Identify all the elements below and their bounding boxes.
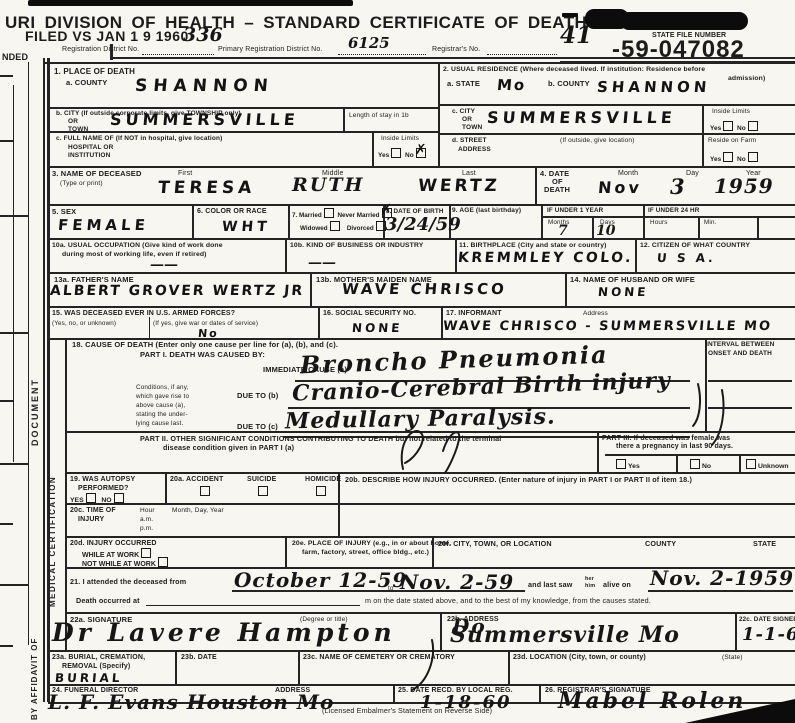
margin-dash <box>0 584 28 586</box>
color-race-value: WHT <box>221 220 271 234</box>
death-day-value: 3 <box>670 176 685 197</box>
attended-rule <box>232 590 525 592</box>
margin-line-inner <box>13 85 14 462</box>
fathers-name-value: ALBERT GROVER WERTZ JR <box>49 284 304 298</box>
citizen-value: U S A. <box>656 252 716 264</box>
no-checkbox <box>748 152 758 162</box>
describe-injury-label: 20b. DESCRIBE HOW INJURY OCCURRED. (Ente… <box>345 476 692 484</box>
marital-row-1: 7. Married Never Married <box>292 208 394 219</box>
injury-county-label: COUNTY <box>645 540 676 548</box>
margin-line-outer <box>28 62 29 645</box>
attended-to-value: Nov. 2-59 <box>400 572 514 592</box>
time-of-injury-label-2: INJURY <box>78 516 104 524</box>
location-label: 23d. LOCATION (City, town, or county) <box>513 654 646 662</box>
street-address-label-1: d. STREET <box>452 137 487 144</box>
inside-limits-1c-options: Yes No <box>378 148 428 159</box>
pregnancy-no-checkbox <box>690 459 700 469</box>
grid-line <box>597 431 599 472</box>
pm-label: p.m. <box>140 525 153 532</box>
suicide-label: SUICIDE <box>247 476 276 484</box>
header-tick <box>110 44 113 60</box>
cause-of-death-title: 18. CAUSE OF DEATH (Enter only one cause… <box>72 341 338 350</box>
first-name-label: First <box>178 170 192 178</box>
residence-city-or: OR <box>462 116 472 123</box>
color-race-label: 6. COLOR OR RACE <box>197 208 267 216</box>
yes-label: Yes <box>628 463 640 470</box>
grid-line <box>165 472 167 503</box>
unknown-label: Unknown <box>758 463 789 470</box>
yes-checkbox <box>723 152 733 162</box>
yes-label: Yes <box>710 125 721 132</box>
location-state-label: (State) <box>722 654 743 661</box>
date-signed-value: 1-1-60 <box>742 626 795 644</box>
death-occurred-blank <box>146 605 360 606</box>
no-label: NO <box>101 497 111 504</box>
place-of-injury-label-2: farm, factory, street, office bldg., etc… <box>302 549 429 557</box>
grid-line <box>48 166 795 168</box>
reg-district-blank <box>142 54 214 55</box>
date-signed-label: 22c. DATE SIGNED <box>739 616 795 623</box>
conditions-note-2: which gave rise to <box>136 393 189 400</box>
alive-rule <box>648 590 793 592</box>
grid-line <box>438 133 795 135</box>
grid-line <box>455 238 457 272</box>
month-label: Month <box>618 170 638 178</box>
length-of-stay-label: Length of stay in 1b <box>349 112 409 119</box>
suicide-checkbox <box>258 486 268 496</box>
death-certificate-scan: URI DIVISION OF HEALTH – STANDARD CERTIF… <box>0 0 795 723</box>
her-label: her <box>585 576 594 582</box>
homicide-checkbox <box>316 486 326 496</box>
armed-forces-value: No <box>198 328 220 339</box>
burial-label-2: REMOVAL (Specify) <box>62 663 130 671</box>
place-of-injury-label-1: 20e. PLACE OF INJURY (e.g., in or about … <box>292 540 451 548</box>
form-left-border-outer <box>43 58 45 702</box>
margin-dash <box>0 140 13 142</box>
grid-line <box>702 104 704 166</box>
conditions-note-3: above cause (a), <box>136 402 185 409</box>
no-checkbox <box>748 121 758 131</box>
day-label: Day <box>686 170 699 178</box>
grid-line <box>48 204 795 206</box>
grid-line <box>676 454 678 472</box>
grid-line <box>438 62 440 166</box>
interval-label-2: ONSET AND DEATH <box>708 350 772 357</box>
min-label: Min. <box>704 219 717 226</box>
grid-line <box>65 536 795 538</box>
grid-line <box>565 272 567 306</box>
ssn-label: 16. SOCIAL SECURITY NO. <box>323 310 416 318</box>
margin-dash <box>0 400 13 402</box>
marital-row-2: Widowed Divorced <box>300 221 388 232</box>
grid-line <box>757 216 759 238</box>
margin-dash <box>0 463 28 465</box>
yes-label: Yes <box>710 156 721 163</box>
alive-on-value: Nov. 2-1959 <box>650 568 794 588</box>
alive-on-label: alive on <box>603 581 631 589</box>
grid-line <box>739 454 741 472</box>
signature-tail-stroke <box>408 638 438 693</box>
ssn-value: NONE <box>351 322 403 334</box>
reside-on-farm-options: Yes No <box>710 152 760 163</box>
autopsy-label-1: 19. WAS AUTOPSY <box>70 476 135 484</box>
yes-label: YES <box>70 497 84 504</box>
margin-dash <box>0 645 13 647</box>
age-months-value: 7 <box>558 224 568 238</box>
primary-district-label: Primary Registration District No. <box>218 46 323 54</box>
reg-district-label: Registration District No. <box>62 46 139 54</box>
grid-line <box>508 650 510 684</box>
grid-line <box>288 204 290 238</box>
middle-name-value: RUTH <box>292 176 364 195</box>
residence-county-value: SHANNON <box>596 80 711 95</box>
grid-line <box>48 131 438 133</box>
date-of-birth-value: 3/24/59 <box>385 216 461 234</box>
divorced-label: Divorced <box>347 225 374 232</box>
county-value-handwritten: SHANNON <box>134 78 274 95</box>
hour-label: Hour <box>140 507 155 514</box>
hospital-label-2: HOSPITAL OR <box>68 144 113 151</box>
grid-line <box>343 107 345 131</box>
yes-checkbox <box>391 148 401 158</box>
injury-city-label: 20f. CITY, TOWN, OR LOCATION <box>438 540 552 548</box>
month-day-year-label: Month, Day, Year <box>172 507 224 514</box>
never-married-label: Never Married <box>338 212 380 219</box>
injury-occurred-label: 20d. INJURY OCCURRED <box>70 540 157 548</box>
no-label: No <box>737 156 746 163</box>
place-of-death-title: 1. PLACE OF DEATH <box>54 67 135 76</box>
corner-black-triangle <box>685 699 795 723</box>
homicide-label: HOMICIDE <box>305 476 341 484</box>
injury-state-label: STATE <box>753 540 776 548</box>
age-label: 9. AGE (last birthday) <box>452 207 521 214</box>
margin-affidavit-label: BY AFFIDAVIT OF <box>30 602 39 720</box>
burial-label-1: 23a. BURIAL, CREMATION, <box>52 654 145 662</box>
reside-on-farm-label: Reside on Farm <box>708 137 756 144</box>
part3-unknown-option: Unknown <box>744 459 789 470</box>
no-label: No <box>405 152 414 159</box>
yes-label: Yes <box>378 152 389 159</box>
industry-label: 10b. KIND OF BUSINESS OR INDUSTRY <box>290 242 423 250</box>
grid-line <box>592 216 594 238</box>
grid-line <box>285 238 287 272</box>
accident-label: 20a. ACCIDENT <box>170 476 223 484</box>
death-month-value: Nov <box>597 180 642 196</box>
not-while-at-work-option: NOT WHILE AT WORK <box>82 557 170 568</box>
residence-county-label: b. COUNTY <box>548 80 590 89</box>
grid-line <box>48 238 795 240</box>
part1-label: PART I. DEATH WAS CAUSED BY: <box>140 351 265 360</box>
if-under-24-hr-label: IF UNDER 24 HR <box>648 207 699 214</box>
first-name-value: TERESA <box>157 180 256 197</box>
birthplace-value: KREMMLEY COLO. <box>457 251 633 265</box>
attended-from-value: October 12-59 <box>234 570 407 590</box>
grid-line <box>438 104 795 106</box>
usual-residence-title-2: admission) <box>728 75 765 83</box>
husband-or-wife-value: NONE <box>597 286 649 298</box>
margin-document-label: DOCUMENT <box>30 328 40 446</box>
hours-label: Hours <box>650 219 668 226</box>
medical-section-left-border <box>65 338 67 650</box>
conditions-note-1: Conditions, if any, <box>136 384 188 391</box>
margin-dash <box>0 332 28 334</box>
physician-address-value: Summersville Mo <box>450 624 680 646</box>
part3-no-option: No <box>688 459 711 470</box>
city-value-handwritten: SUMMERSVILLE <box>109 112 299 128</box>
yes-checkbox <box>723 121 733 131</box>
street-address-label-2: ADDRESS <box>458 146 491 153</box>
physician-signature: Dr Lavere Hampton <box>52 620 396 645</box>
occupation-value-dash: —— <box>150 258 178 272</box>
widowed-label: Widowed <box>300 225 328 232</box>
pregnancy-unknown-checkbox <box>746 459 756 469</box>
married-label: 7. Married <box>292 212 322 219</box>
filed-stamp: FILED VS JAN 1 9 1960 <box>25 28 189 44</box>
mothers-maiden-name-value: WAVE CHRISCO <box>341 282 507 297</box>
occupation-label-2: during most of working life, even if ret… <box>62 251 207 259</box>
city-or: OR <box>68 118 78 125</box>
autopsy-no-checkbox <box>114 493 124 503</box>
informant-value: WAVE CHRISCO - SUMMERSVILLE MO <box>442 320 772 333</box>
death-year-value: 1959 <box>714 176 774 196</box>
inside-limits-label-1c: Inside Limits <box>381 135 419 142</box>
grid-line <box>318 306 320 338</box>
married-checkbox <box>324 208 334 218</box>
part3-label-2: there a pregnancy in last 90 days. <box>616 443 733 451</box>
grid-line <box>298 650 300 684</box>
pregnancy-yes-checkbox <box>616 459 626 469</box>
inside-limits-2c-options: Yes No <box>710 121 760 132</box>
not-while-at-work-checkbox <box>158 557 168 567</box>
interval-label-1: INTERVAL BETWEEN <box>706 341 775 348</box>
him-label: him <box>585 583 595 589</box>
grid-line <box>735 612 737 650</box>
due-to-c-label: DUE TO (c) <box>237 423 278 432</box>
attended-pre-label: 21. I attended the deceased from <box>70 578 186 586</box>
grid-line <box>65 503 795 505</box>
grid-line <box>605 454 795 456</box>
registrar-no-label: Registrar's No. <box>432 46 480 54</box>
age-days-value: 10 <box>596 224 615 238</box>
no-checkbox-checked <box>416 148 426 158</box>
birthplace-label: 11. BIRTHPLACE (City and state or countr… <box>459 242 607 250</box>
margin-stub-text: NDED <box>2 52 28 62</box>
armed-forces-label: 15. WAS DECEASED EVER IN U.S. ARMED FORC… <box>52 310 235 318</box>
conditions-note-5: lying cause last. <box>136 420 183 427</box>
header-rule <box>110 57 795 59</box>
death-occurred-post: m on the date stated above, and to the b… <box>365 597 651 605</box>
sex-value: FEMALE <box>57 218 149 233</box>
state-file-number: -59-047082 <box>612 36 745 64</box>
grid-line <box>310 272 312 306</box>
last-name-value: WERTZ <box>417 178 500 195</box>
burial-date-label: 23b. DATE <box>181 654 217 662</box>
grid-line <box>440 612 442 650</box>
autopsy-yes-checkbox <box>86 493 96 503</box>
accident-checkbox <box>200 486 210 496</box>
informant-label: 17. INFORMANT <box>446 310 502 318</box>
street-address-note: (If outside, give location) <box>560 137 635 144</box>
grid-line <box>539 684 541 702</box>
margin-dash <box>0 215 28 217</box>
autopsy-label-2: PERFORMED? <box>78 485 129 493</box>
autopsy-options: YES NO <box>70 493 126 504</box>
hospital-label-3: INSTITUTION <box>68 152 110 159</box>
informant-address-label: Address <box>583 310 608 317</box>
top-black-bar <box>28 0 353 6</box>
conditions-note-4: stating the under- <box>136 411 188 418</box>
not-while-at-work-label: NOT WHILE AT WORK <box>82 561 156 568</box>
primary-district-blank <box>338 54 426 55</box>
grid-line <box>192 204 194 238</box>
occupation-label-1: 10a. USUAL OCCUPATION (Give kind of work… <box>52 242 223 250</box>
grid-line <box>48 306 795 308</box>
residence-city-value: SUMMERSVILLE <box>486 110 676 126</box>
margin-dash <box>0 75 13 77</box>
widowed-checkbox <box>330 221 340 231</box>
county-label: a. COUNTY <box>66 79 107 88</box>
form-top-border <box>43 62 795 64</box>
funeral-director-value: L. F. Evans Houston Mo <box>48 692 334 712</box>
usual-residence-title: 2. USUAL RESIDENCE (Where deceased lived… <box>443 66 705 74</box>
primary-district-value: 6125 <box>348 36 390 51</box>
am-label: a.m. <box>140 516 153 523</box>
hospital-label-1: c. FULL NAME OF (If NOT in hospital, giv… <box>56 135 222 142</box>
residence-state-label: a. STATE <box>447 80 480 89</box>
residence-city-label: c. CITY <box>452 108 475 115</box>
part2-label-2: disease condition given in PART I (a) <box>163 444 294 452</box>
death-occurred-pre: Death occurred at <box>76 597 140 605</box>
date-of-death-label-3: DEATH <box>544 186 570 195</box>
no-label: No <box>702 463 711 470</box>
if-under-1-year-label: IF UNDER 1 YEAR <box>547 207 603 214</box>
grid-line <box>643 204 645 238</box>
residence-state-value: Mo <box>496 78 527 93</box>
grid-line <box>393 684 395 702</box>
grid-line <box>285 536 287 567</box>
redaction-dash <box>562 13 578 17</box>
grid-line <box>175 650 177 684</box>
no-label: No <box>737 125 746 132</box>
grid-line <box>535 166 537 204</box>
due-to-b-label: DUE TO (b) <box>237 392 278 401</box>
grid-line <box>48 107 438 109</box>
margin-dash <box>0 523 13 525</box>
inside-limits-label-2c: Inside Limits <box>712 108 750 115</box>
husband-or-wife-label: 14. NAME OF HUSBAND OR WIFE <box>570 276 695 285</box>
armed-forces-note-1: (Yes, no, or unknown) <box>52 320 116 327</box>
grid-line <box>149 317 150 338</box>
name-of-deceased-title: 3. NAME OF DECEASED <box>52 170 142 179</box>
grid-line <box>65 612 795 614</box>
part2-handwritten-stroke <box>395 425 475 475</box>
registrar-no-blank <box>487 54 557 55</box>
burial-value: BURIAL <box>54 672 123 684</box>
embalmer-note: (Licensed Embalmer's Statement on Revers… <box>322 707 492 715</box>
grid-line <box>635 238 637 272</box>
form-left-border-inner <box>47 58 50 702</box>
residence-city-town: TOWN <box>462 124 482 131</box>
cemetery-label: 23c. NAME OF CEMETERY OR CREMATORY <box>303 654 455 662</box>
time-of-injury-label-1: 20c. TIME OF <box>70 507 116 515</box>
industry-value-dash: —— <box>308 256 336 270</box>
last-saw-label: and last saw <box>528 581 573 589</box>
redaction-blob-right <box>620 12 748 30</box>
citizen-label: 12. CITIZEN OF WHAT COUNTRY <box>640 242 750 250</box>
grid-line <box>698 216 700 238</box>
registrar-no-value: 41 <box>560 24 592 47</box>
name-subtitle: (Type or print) <box>60 180 103 187</box>
grid-line <box>541 204 543 238</box>
grid-line <box>372 131 374 166</box>
filed-number-handwritten: 336 <box>183 26 223 45</box>
part3-yes-option: Yes <box>614 459 640 470</box>
part3-label-1: PART III. If deceased was female was <box>602 435 730 443</box>
